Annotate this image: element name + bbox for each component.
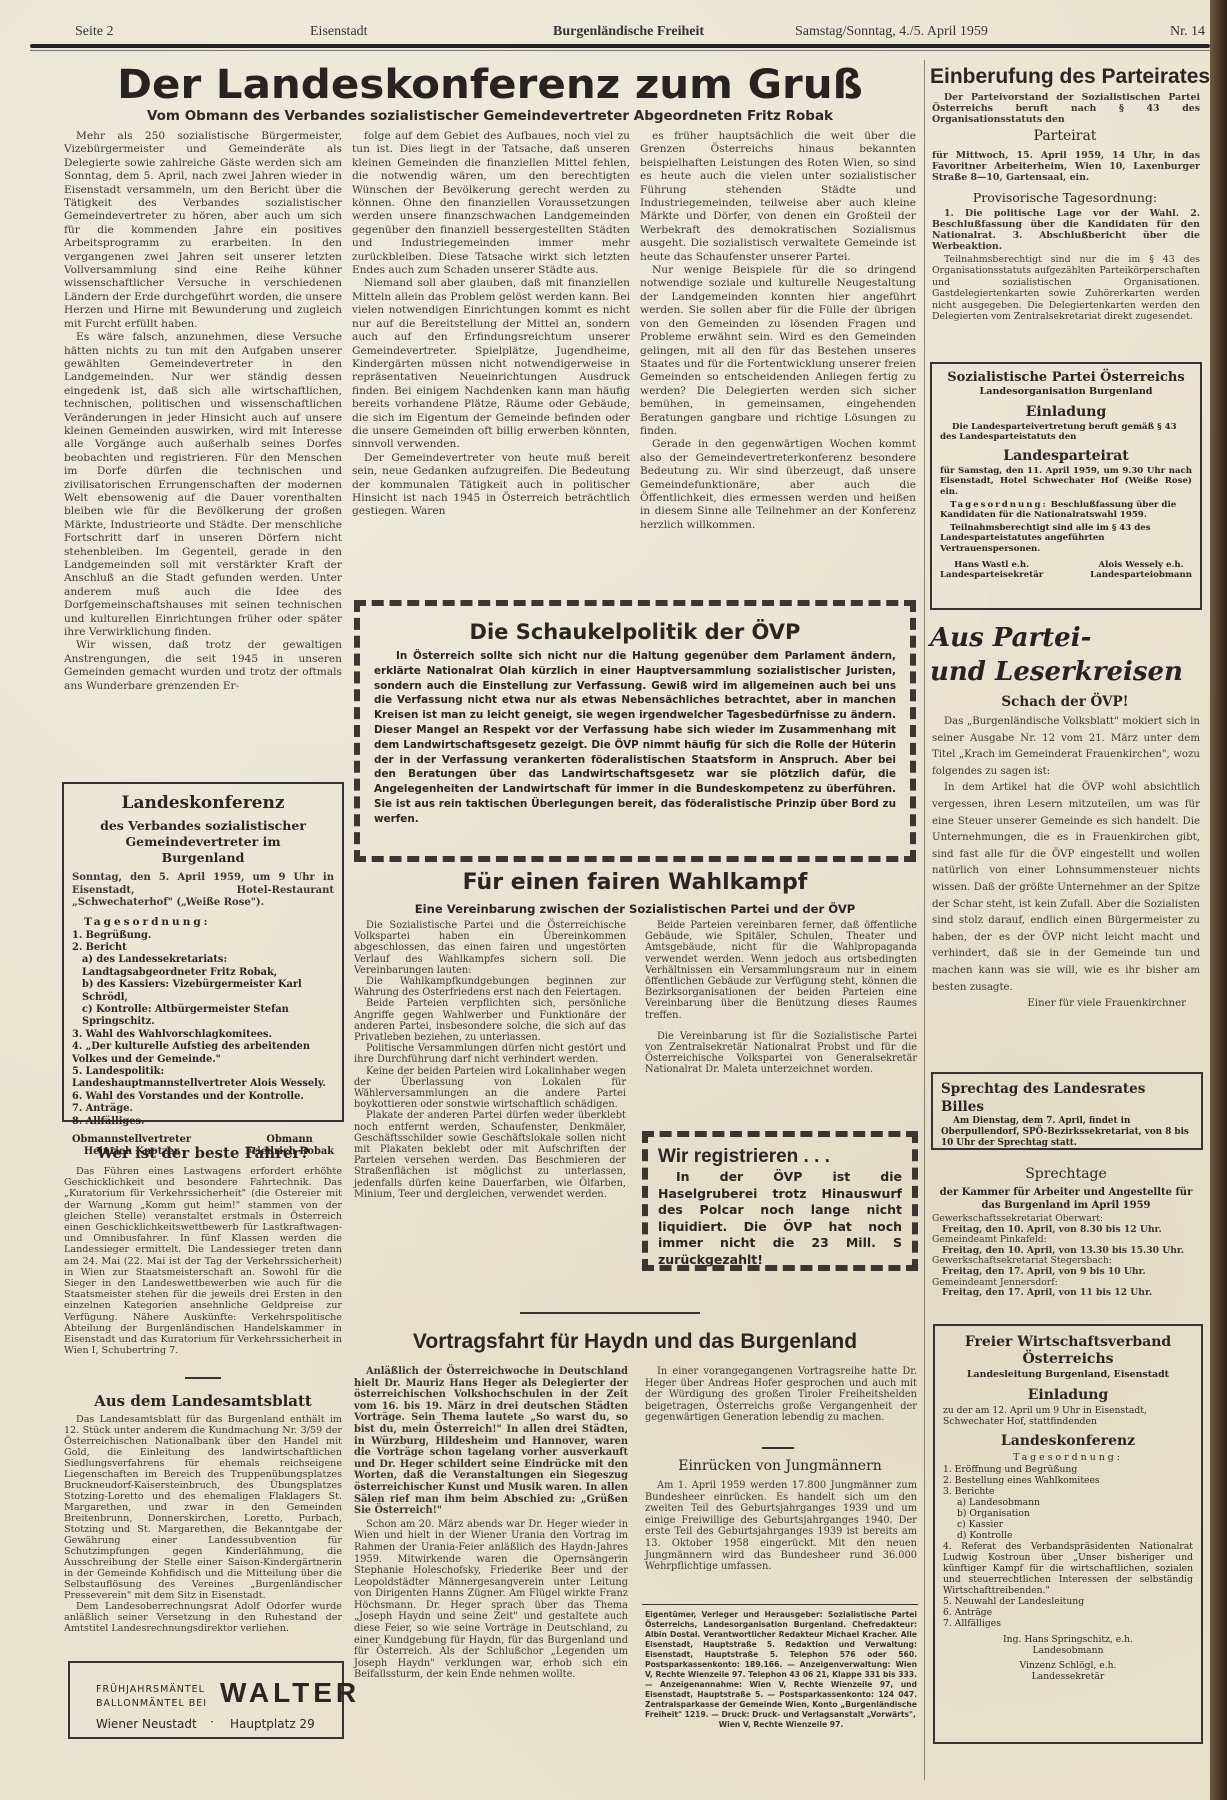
signature-name: Alois Wessely e.h. [1090, 560, 1192, 570]
wirtschaftsverband-box: Freier Wirtschaftsverband Österreichs La… [933, 1324, 1203, 1744]
paragraph: Schon am 20. März abends war Dr. Heger w… [354, 1519, 628, 1681]
einladung-when: für Samstag, den 11. April 1959, um 9.30… [940, 466, 1192, 497]
paragraph: Die Vereinbarung ist für die Sozialistis… [645, 1031, 917, 1076]
haydn-col2: In einer vorangegangenen Vortragsreihe h… [645, 1366, 917, 1424]
fahrer-body: Das Führen eines Lastwagens erfordert er… [64, 1166, 342, 1356]
signature-role: Landesobmann [943, 1645, 1193, 1656]
paragraph: Die Sozialistische Partei und die Österr… [354, 920, 626, 976]
agenda-subitem: c) Kassier [943, 1519, 1193, 1530]
ad-separator: · [210, 1715, 214, 1729]
haydn-title: Vortragsfahrt für Haydn und das Burgenla… [352, 1330, 918, 1354]
signature-2: Vinzenz Schlögl, e.h. Landessekretär [943, 1660, 1193, 1682]
sprechtag-time: Freitag, den 17. April, von 11 bis 12 Uh… [932, 1288, 1200, 1299]
impressum-body: Eigentümer, Verleger und Herausgeber: So… [645, 1610, 917, 1720]
schaukelpolitik-title: Die Schaukelpolitik der ÖVP [374, 618, 896, 646]
divider [762, 1447, 794, 1449]
org-name: Sozialistische Partei Österreichs [940, 370, 1192, 386]
agenda-item: 5. Landespolitik: Landeshauptmannstellve… [72, 1066, 334, 1091]
paragraph: es früher hauptsächlich die weit über di… [640, 130, 916, 264]
top-rule-thin [30, 50, 1210, 51]
ad-address: Hauptplatz 29 [230, 1717, 315, 1731]
masthead: Seite 2 Eisenstadt Burgenländische Freih… [75, 20, 1205, 40]
wahlkampf-subtitle: Eine Vereinbarung zwischen der Sozialist… [352, 902, 918, 916]
agenda-label: Tagesordnung: [940, 500, 1048, 510]
einladung-note: Teilnahmsberechtigt sind alle im § 43 de… [940, 523, 1192, 554]
wahlkampf-col1: Die Sozialistische Partei und die Österr… [354, 920, 626, 1200]
parteirat-agenda-title: Provisorische Tagesordnung: [930, 190, 1200, 205]
page-number: Seite 2 [75, 24, 114, 40]
spoe-einladung-box: Sozialistische Partei Österreichs Landes… [930, 362, 1202, 610]
agenda-list: 1. Eröffnung und Begrüßung 2. Bestellung… [943, 1464, 1193, 1629]
signature: Einer für viele Frauenkirchner [932, 996, 1200, 1013]
newspaper-page: Seite 2 Eisenstadt Burgenländische Freih… [0, 0, 1210, 1800]
ad-line2: BALLONMÄNTEL BEI [96, 1697, 207, 1711]
paragraph: Gerade in den gegenwärtigen Wochen kommt… [640, 438, 916, 532]
city: Eisenstadt [310, 24, 368, 40]
landeskonferenz-heading: Landeskonferenz [943, 1431, 1193, 1451]
parteirat-note: Teilnahmsberechtigt sind nur die im § 43… [932, 254, 1200, 322]
signatures: Hans Wastl e.h. Landesparteisekretär Alo… [940, 560, 1192, 581]
paragraph: Niemand soll aber glauben, daß mit finan… [352, 277, 630, 451]
parteirat-title: Einberufung des Parteirates [930, 64, 1200, 90]
notice-title: Landeskonferenz [72, 792, 334, 814]
agenda-subitem: a) des Landessekretariats: Landtagsabgeo… [72, 954, 334, 979]
section-heading-line1: Aus Partei- [930, 622, 1091, 654]
notice-subtitle: des Verbandes sozialistischer Gemeindeve… [86, 818, 320, 866]
paragraph: Die Wahlkampfkundgebungen beginnen zur W… [354, 976, 626, 998]
signature-right: Alois Wessely e.h. Landesparteiobmann [1090, 560, 1192, 581]
schaukelpolitik-box: Die Schaukelpolitik der ÖVP In Österreic… [354, 600, 916, 862]
sprechtage-list: Gewerkschaftssekretariat Oberwart: Freit… [932, 1214, 1200, 1299]
top-rule [30, 44, 1210, 48]
org-sub: Landesorganisation Burgenland [940, 386, 1192, 398]
divider [185, 1377, 221, 1379]
agenda-item: 2. Bericht [72, 942, 334, 954]
org-sub: Landesleitung Burgenland, Eisenstadt [943, 1368, 1193, 1381]
agenda-item: 6. Wahl des Vorstandes und der Kontrolle… [72, 1091, 334, 1103]
einladung-agenda: Tagesordnung: Beschlußfassung über die K… [940, 500, 1192, 521]
main-article-col2: folge auf dem Gebiet des Aufbaues, noch … [352, 130, 630, 600]
signature-name: Ing. Hans Springschitz, e.h. [943, 1634, 1193, 1645]
column-rule [924, 60, 925, 1780]
wahlkampf-title: Für einen fairen Wahlkampf [352, 870, 918, 895]
main-article-col1: Mehr als 250 sozialistische Bürgermeiste… [64, 130, 342, 770]
parteirat-intro: Der Parteivorstand der Sozialistischen P… [932, 92, 1200, 125]
impressum: Eigentümer, Verleger und Herausgeber: So… [645, 1610, 917, 1730]
registrieren-body: In der ÖVP ist die Haselgruberei trotz H… [658, 1169, 902, 1268]
issue-number: Nr. 14 [1170, 24, 1205, 40]
billes-title: Sprechtag des Landesrates Billes [941, 1080, 1193, 1116]
paragraph: folge auf dem Gebiet des Aufbaues, noch … [352, 130, 630, 277]
paragraph: In einer vorangegangenen Vortragsreihe h… [645, 1366, 917, 1424]
agenda-item: 1. Eröffnung und Begrüßung [943, 1464, 1193, 1475]
paragraph: Es wäre falsch, anzunehmen, diese Versuc… [64, 331, 342, 639]
jungmaenner-body: Am 1. April 1959 werden 17.800 Jungmänne… [645, 1480, 917, 1573]
signature-name: Hans Wastl e.h. [940, 560, 1043, 570]
schach-title: Schach der ÖVP! [930, 694, 1200, 710]
paragraph: Das „Burgenländische Volksblatt" mokiert… [932, 714, 1200, 780]
sprechtag-place: Gewerkschaftssekretariat Oberwart: [932, 1214, 1200, 1225]
agenda-list: 1. Begrüßung. 2. Bericht a) des Landesse… [72, 930, 334, 1129]
agenda-item: 3. Berichte [943, 1486, 1193, 1497]
main-subhead: Vom Obmann des Verbandes sozialistischer… [60, 108, 920, 124]
org-name-2: Österreichs [943, 1351, 1193, 1368]
haydn-col1: Anläßlich der Österreichwoche in Deutsch… [354, 1366, 628, 1681]
agenda-label: Tagesordnung: [84, 916, 334, 928]
agenda-subitem: d) Kontrolle [943, 1530, 1193, 1541]
agenda-item: 2. Bestellung eines Wahlkomitees [943, 1475, 1193, 1486]
jungmaenner-title: Einrücken von Jungmännern [642, 1458, 918, 1474]
parteirat-agenda: 1. Die politische Lage vor der Wahl. 2. … [932, 208, 1200, 252]
divider [642, 1604, 918, 1605]
wahlkampf-col2: Beide Parteien vereinbaren ferner, daß ö… [645, 920, 917, 1076]
paragraph: Beide Parteien vereinbaren ferner, daß ö… [645, 920, 917, 1021]
issue-date: Samstag/Sonntag, 4./5. April 1959 [795, 24, 988, 40]
agenda-subitem: c) Kontrolle: Altbürgermeister Stefan Sp… [72, 1004, 334, 1029]
ad-city: Wiener Neustadt [96, 1717, 197, 1731]
signature-name: Vinzenz Schlögl, e.h. [943, 1660, 1193, 1671]
ad-line1: FRÜHJAHRSMÄNTEL [96, 1683, 205, 1697]
registrieren-box: Wir registrieren . . . In der ÖVP ist di… [642, 1131, 918, 1271]
sprechtage-subtitle: der Kammer für Arbeiter und Angestellte … [930, 1186, 1202, 1212]
paper-name: Burgenländische Freiheit [553, 24, 704, 40]
advertisement-walter: FRÜHJAHRSMÄNTEL BALLONMÄNTEL BEI WALTER … [68, 1661, 344, 1739]
billes-box: Sprechtag des Landesrates Billes Am Dien… [931, 1072, 1203, 1150]
signature-left: Hans Wastl e.h. Landesparteisekretär [940, 560, 1043, 581]
agenda-item: 4. Referat des Verbandspräsidenten Natio… [943, 1541, 1193, 1596]
agenda-item: 1. Begrüßung. [72, 930, 334, 942]
amtsblatt-title: Aus dem Landesamtsblatt [62, 1392, 344, 1410]
agenda-item: 8. Allfälliges. [72, 1116, 334, 1128]
paragraph: Nur wenige Beispiele für die so dringend… [640, 264, 916, 438]
amtsblatt-body: Das Landesamtsblatt für das Burgenland e… [64, 1414, 342, 1634]
sprechtage-title: Sprechtage [930, 1166, 1202, 1182]
registrieren-title: Wir registrieren . . . [658, 1145, 902, 1169]
fahrer-title: Wer ist der beste Fahrer? [62, 1144, 344, 1162]
einladung-landesparteirat: Landesparteirat [940, 446, 1192, 466]
agenda-label: Tagesordnung: [943, 1451, 1193, 1464]
signature-role: Landessekretär [943, 1671, 1193, 1682]
impressum-last: Wien V, Rechte Wienzeile 97. [645, 1720, 917, 1730]
einladung-heading: Einladung [940, 402, 1192, 422]
paragraph: In dem Artikel hat die ÖVP wohl absichtl… [932, 780, 1200, 996]
signature-role: Landesparteisekretär [940, 570, 1043, 580]
parteirat-heading: Parteirat [930, 128, 1200, 144]
paragraph: Beide Parteien verpflichten sich, persön… [354, 998, 626, 1043]
paragraph: Das Landesamtsblatt für das Burgenland e… [64, 1414, 342, 1601]
paragraph: Das Führen eines Lastwagens erfordert er… [64, 1166, 342, 1356]
agenda-subitem: b) des Kassiers: Vizebürgermeister Karl … [72, 979, 334, 1004]
einladung-intro: Die Landesparteivertretung beruft gemäß … [940, 422, 1192, 443]
billes-body: Am Dienstag, dem 7. April, findet in Obe… [941, 1116, 1193, 1149]
agenda-item: 7. Allfälliges [943, 1618, 1193, 1629]
agenda-item: 7. Anträge. [72, 1103, 334, 1115]
agenda-subitem: b) Organisation [943, 1508, 1193, 1519]
einladung-intro: zu der am 12. April um 9 Uhr in Eisensta… [943, 1405, 1193, 1427]
paragraph: Plakate der anderen Partei dürfen weder … [354, 1110, 626, 1200]
paragraph: Politische Versammlungen dürfen nicht ge… [354, 1043, 626, 1065]
agenda-item: 3. Wahl des Wahlvorschlagkomitees. [72, 1029, 334, 1041]
agenda-subitem: a) Landesobmann [943, 1497, 1193, 1508]
landeskonferenz-notice: Landeskonferenz des Verbandes sozialisti… [62, 782, 344, 1122]
paragraph: Wir wissen, daß trotz der gewaltigen Ans… [64, 639, 342, 693]
paragraph: Keine der beiden Parteien wird Lokalinha… [354, 1066, 626, 1111]
schaukelpolitik-body: In Österreich sollte sich nicht nur die … [374, 649, 896, 827]
paragraph: Der Gemeindevertreter von heute muß bere… [352, 452, 630, 519]
ad-brand: WALTER [220, 1677, 360, 1709]
notice-intro: Sonntag, den 5. April 1959, um 9 Uhr in … [72, 872, 334, 910]
paragraph: Am 1. April 1959 werden 17.800 Jungmänne… [645, 1480, 917, 1573]
signature-1: Ing. Hans Springschitz, e.h. Landesobman… [943, 1634, 1193, 1656]
signature-role: Landesparteiobmann [1090, 570, 1192, 580]
schach-body: Das „Burgenländische Volksblatt" mokiert… [932, 714, 1200, 1013]
main-headline: Der Landeskonferenz zum Gruß [39, 62, 942, 108]
main-article-col3: es früher hauptsächlich die weit über di… [640, 130, 916, 600]
agenda-item: 4. „Der kulturelle Aufstieg des arbeiten… [72, 1041, 334, 1066]
parteirat-when: für Mittwoch, 15. April 1959, 14 Uhr, in… [932, 150, 1200, 183]
agenda-item: 5. Neuwahl der Landesleitung [943, 1596, 1193, 1607]
org-name: Freier Wirtschaftsverband [943, 1334, 1193, 1351]
page-edge [1210, 0, 1227, 1800]
sprechtag-time: Freitag, den 17. April, von 9 bis 10 Uhr… [932, 1267, 1200, 1278]
agenda-item: 6. Anträge [943, 1607, 1193, 1618]
divider [520, 1312, 700, 1314]
section-heading-line2: und Leserkreisen [930, 656, 1183, 688]
paragraph: Dem Landesoberrechnungsrat Adolf Odorfer… [64, 1601, 342, 1634]
paragraph: Anläßlich der Österreichwoche in Deutsch… [354, 1366, 628, 1517]
paragraph: Mehr als 250 sozialistische Bürgermeiste… [64, 130, 342, 331]
einladung-heading: Einladung [943, 1385, 1193, 1405]
